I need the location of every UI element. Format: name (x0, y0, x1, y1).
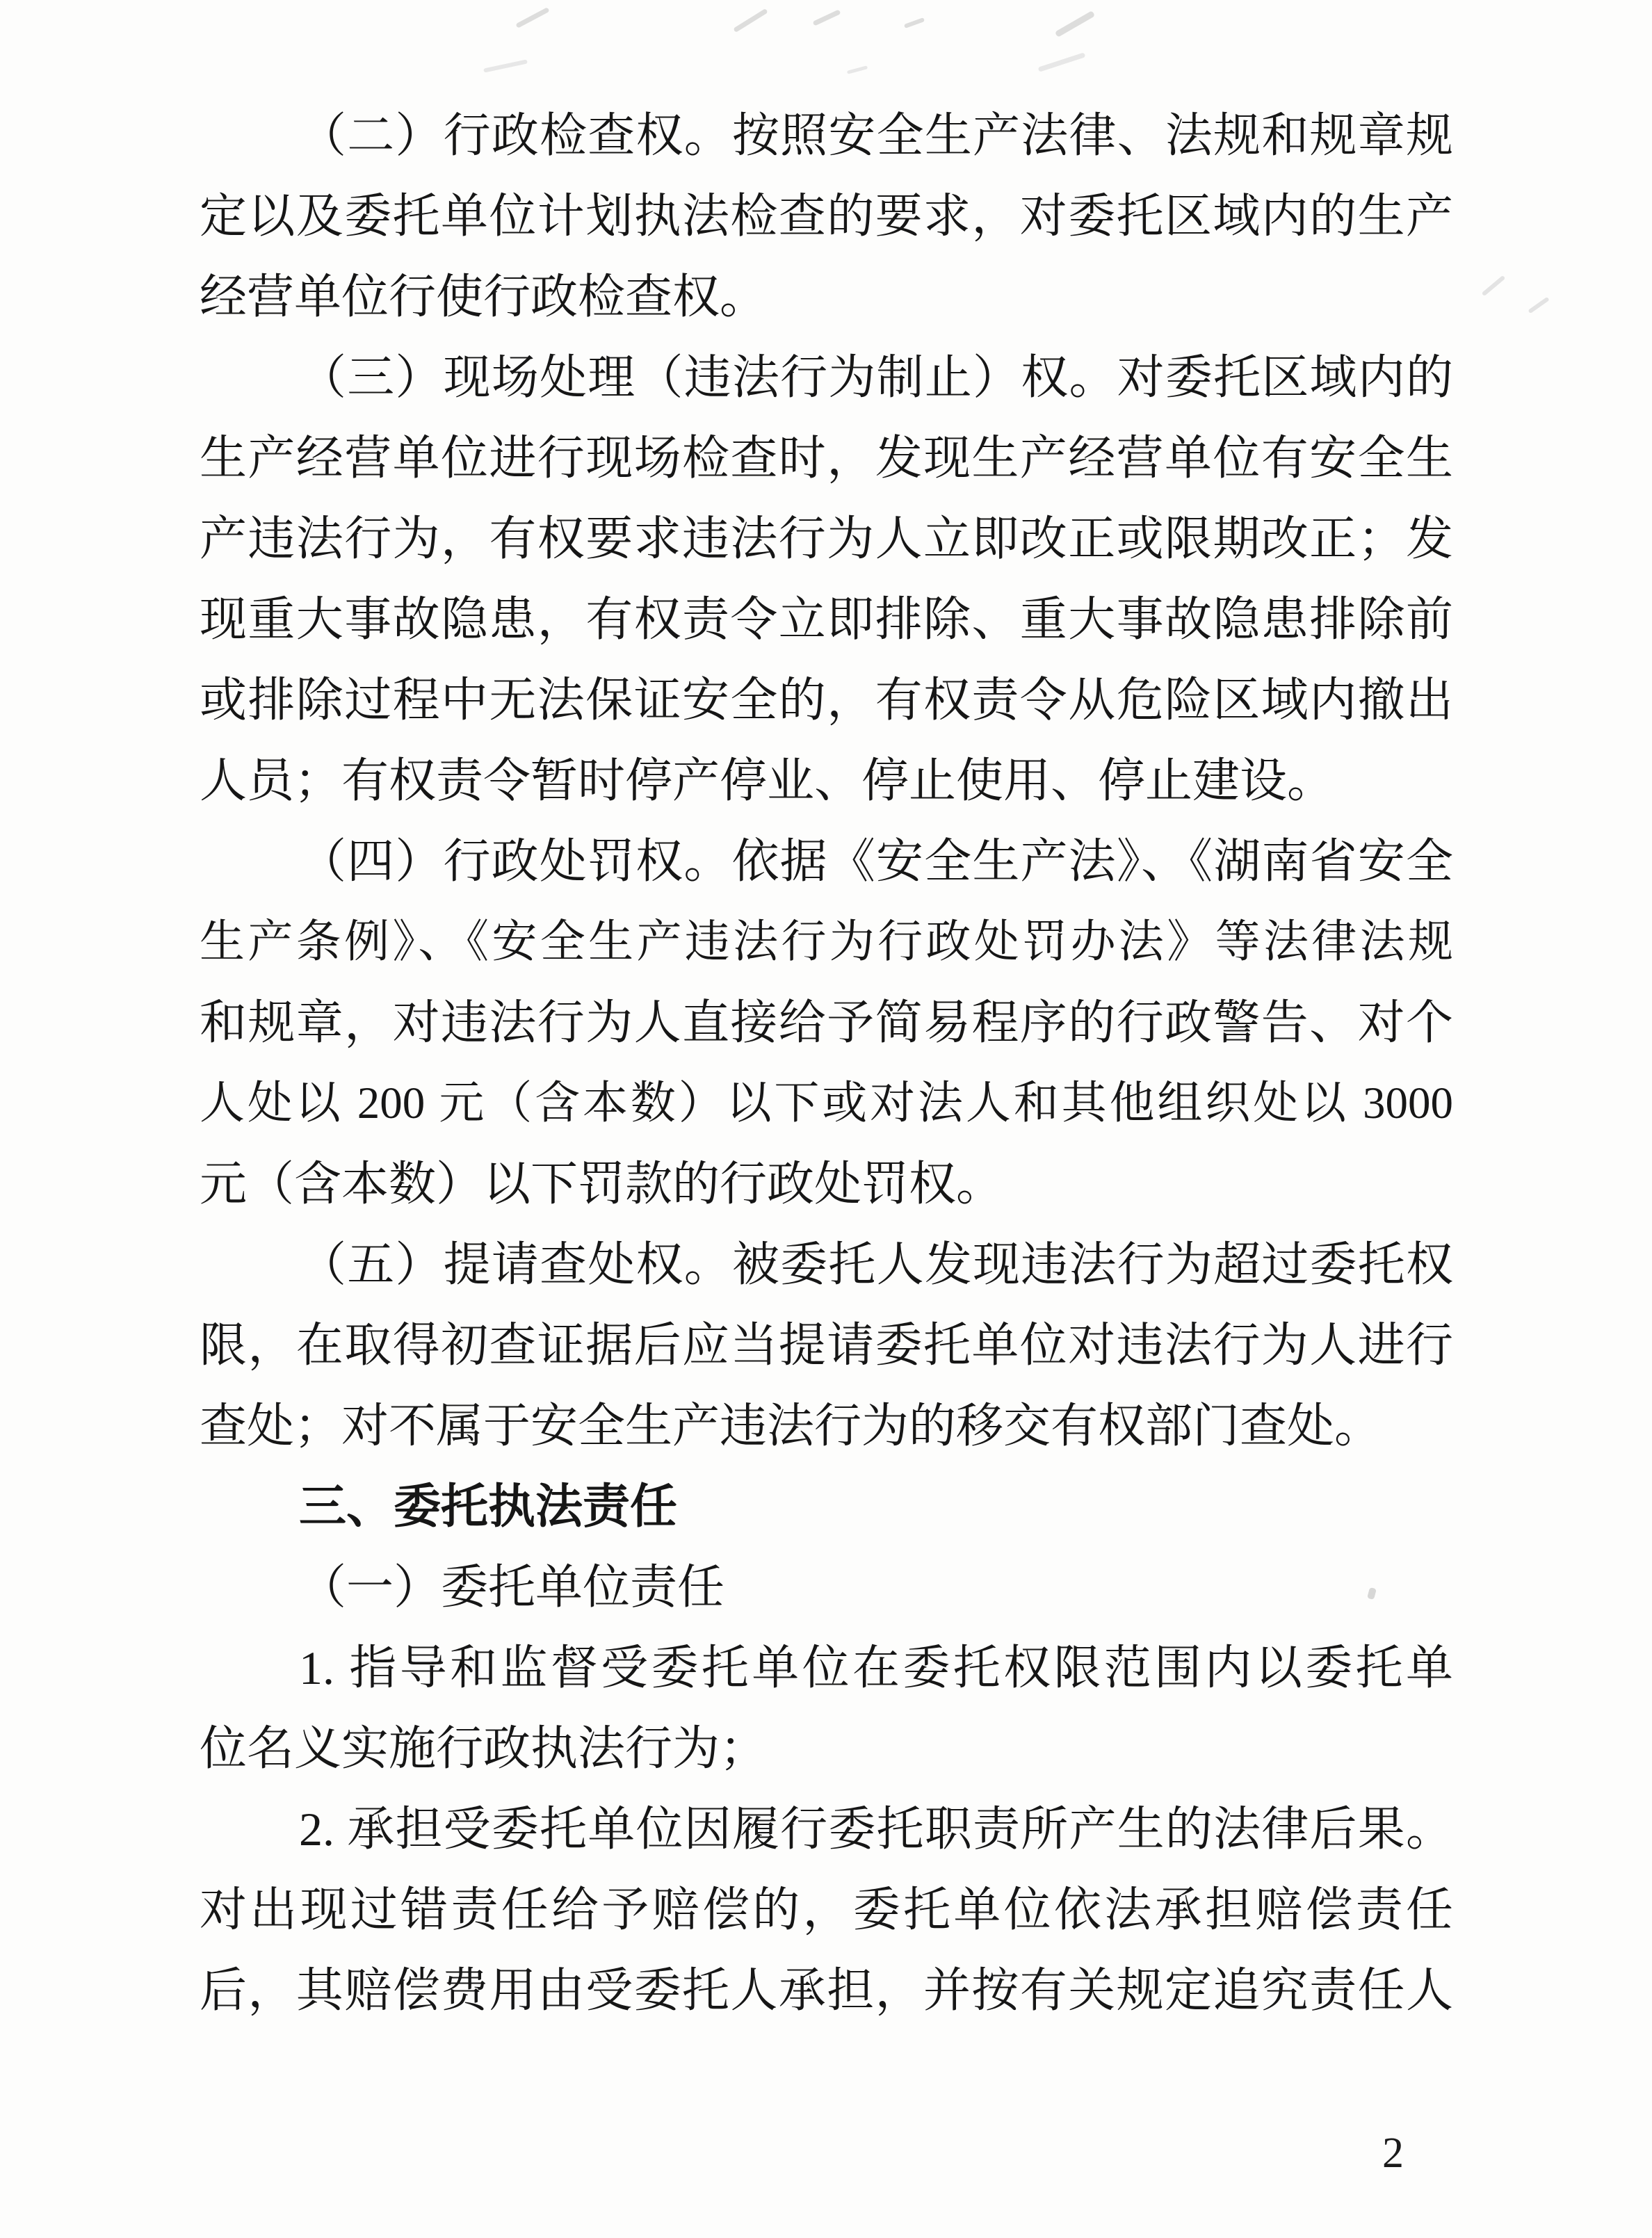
paragraph-line: 定以及委托单位计划执法检查的要求，对委托区域内的生产 (200, 176, 1453, 257)
subsection-heading: （一）委托单位责任 (200, 1547, 1453, 1628)
paragraph-line: 人处以 200 元（含本数）以下或对法人和其他组织处以 3000 (200, 1063, 1453, 1144)
scan-artifact (812, 9, 841, 26)
paragraph-line: 产违法行为，有权要求违法行为人立即改正或限期改正；发 (200, 498, 1453, 579)
paragraph-line: 现重大事故隐患，有权责令立即排除、重大事故隐患排除前 (200, 579, 1453, 660)
scan-artifact (1055, 10, 1095, 38)
list-item-line: 2. 承担受委托单位因履行委托职责所产生的法律后果。 (200, 1789, 1453, 1870)
section-heading: 三、委托执法责任 (200, 1466, 1453, 1547)
scan-artifact (733, 8, 768, 33)
scan-artifact (483, 59, 528, 72)
list-item-line: 后，其赔偿费用由受委托人承担，并按有关规定追究责任人 (200, 1950, 1453, 2031)
scan-artifact (1482, 275, 1505, 296)
paragraph-line: （二）行政检查权。按照安全生产法律、法规和规章规 (200, 95, 1453, 176)
paragraph-line: （三）现场处理（违法行为制止）权。对委托区域内的 (200, 337, 1453, 418)
list-item-line: 对出现过错责任给予赔偿的，委托单位依法承担赔偿责任 (200, 1870, 1453, 1950)
paragraph-line: 元（含本数）以下罚款的行政处罚权。 (200, 1144, 1453, 1224)
paragraph-line: 人员；有权责令暂时停产停业、停止使用、停止建设。 (200, 740, 1453, 821)
scan-artifact (1528, 297, 1549, 314)
paragraph-line: （五）提请查处权。被委托人发现违法行为超过委托权 (200, 1224, 1453, 1305)
scan-artifact (904, 17, 925, 29)
paragraph-line: 或排除过程中无法保证安全的，有权责令从危险区域内撤出 (200, 660, 1453, 740)
scan-artifact (1038, 52, 1086, 72)
scan-artifact (515, 7, 549, 29)
paragraph-line: 生产条例》、《安全生产违法行为行政处罚办法》等法律法规 (200, 902, 1453, 982)
paragraph-line: 限，在取得初查证据后应当提请委托单位对违法行为人进行 (200, 1305, 1453, 1386)
document-body: （二）行政检查权。按照安全生产法律、法规和规章规 定以及委托单位计划执法检查的要… (200, 95, 1453, 2031)
document-page: （二）行政检查权。按照安全生产法律、法规和规章规 定以及委托单位计划执法检查的要… (0, 0, 1652, 2238)
paragraph-line: 经营单位行使行政检查权。 (200, 257, 1453, 337)
page-number: 2 (1382, 2115, 1404, 2191)
scan-artifact (847, 65, 868, 74)
list-item-line: 1. 指导和监督受委托单位在委托权限范围内以委托单 (200, 1628, 1453, 1708)
paragraph-line: （四）行政处罚权。依据《安全生产法》、《湖南省安全 (200, 821, 1453, 902)
paragraph-line: 生产经营单位进行现场检查时，发现生产经营单位有安全生 (200, 418, 1453, 498)
paragraph-line: 和规章，对违法行为人直接给予简易程序的行政警告、对个 (200, 982, 1453, 1063)
paragraph-line: 查处；对不属于安全生产违法行为的移交有权部门查处。 (200, 1386, 1453, 1466)
list-item-line: 位名义实施行政执法行为； (200, 1708, 1453, 1789)
